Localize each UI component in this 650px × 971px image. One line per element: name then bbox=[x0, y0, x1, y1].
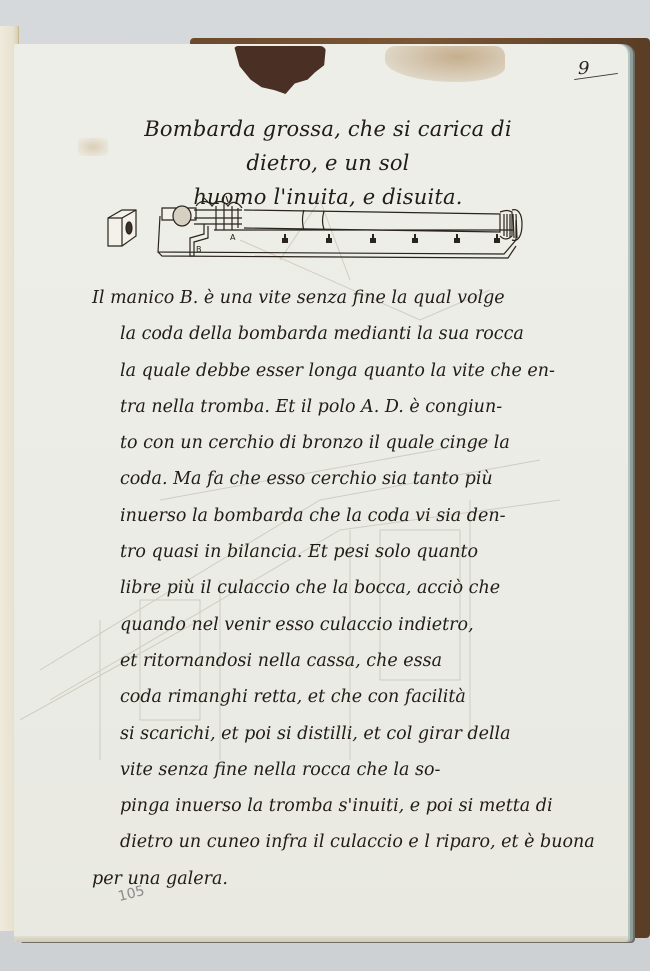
text-line: libre più il culaccio che la bocca, acci… bbox=[92, 570, 522, 606]
text-line: inuerso la bombarda che la coda vi sia d… bbox=[92, 498, 522, 534]
screw-mechanism-drawing bbox=[162, 196, 242, 230]
text-line: tro quasi in bilancia. Et pesi solo quan… bbox=[92, 534, 522, 570]
label-a: A bbox=[230, 233, 236, 242]
manuscript-body: Il manico B. è una vite senza fine la qu… bbox=[92, 280, 522, 897]
foxing-spot bbox=[78, 138, 108, 156]
bombard-illustration: B A bbox=[104, 196, 534, 266]
text-line: quando nel venir esso culaccio indietro, bbox=[92, 607, 522, 643]
label-b: B bbox=[196, 245, 202, 254]
folio-number: 9 bbox=[578, 58, 589, 79]
text-line: to con un cerchio di bronzo il quale cin… bbox=[92, 425, 522, 461]
breech-block-drawing bbox=[108, 210, 136, 246]
bed-pegs bbox=[282, 234, 500, 243]
text-line: tra nella tromba. Et il polo A. D. è con… bbox=[92, 389, 522, 425]
text-line: per una galera. bbox=[92, 861, 522, 897]
text-line: la quale debbe esser longa quanto la vit… bbox=[92, 353, 522, 389]
gun-bed-drawing bbox=[158, 216, 516, 258]
text-line: Il manico B. è una vite senza fine la qu… bbox=[92, 280, 522, 316]
page-bottom-edge bbox=[14, 936, 628, 942]
text-line: la coda della bombarda medianti la sua r… bbox=[92, 316, 522, 352]
text-line: coda rimanghi retta, et che con facilità bbox=[92, 679, 522, 715]
text-line: et ritornandosi nella cassa, che essa bbox=[92, 643, 522, 679]
text-line: pinga inuerso la tromba s'inuiti, e poi … bbox=[92, 788, 522, 824]
muzzle-drawing bbox=[500, 210, 522, 241]
title-line: Bombarda grossa, che si carica di dietro… bbox=[118, 112, 538, 180]
text-line: si scarichi, et poi si distilli, et col … bbox=[92, 716, 522, 752]
text-line: coda. Ma fa che esso cerchio sia tanto p… bbox=[92, 461, 522, 497]
text-line: dietro un cuneo infra il culaccio e l ri… bbox=[92, 824, 522, 860]
barrel-drawing bbox=[244, 210, 500, 232]
text-line: vite senza fine nella rocca che la so- bbox=[92, 752, 522, 788]
